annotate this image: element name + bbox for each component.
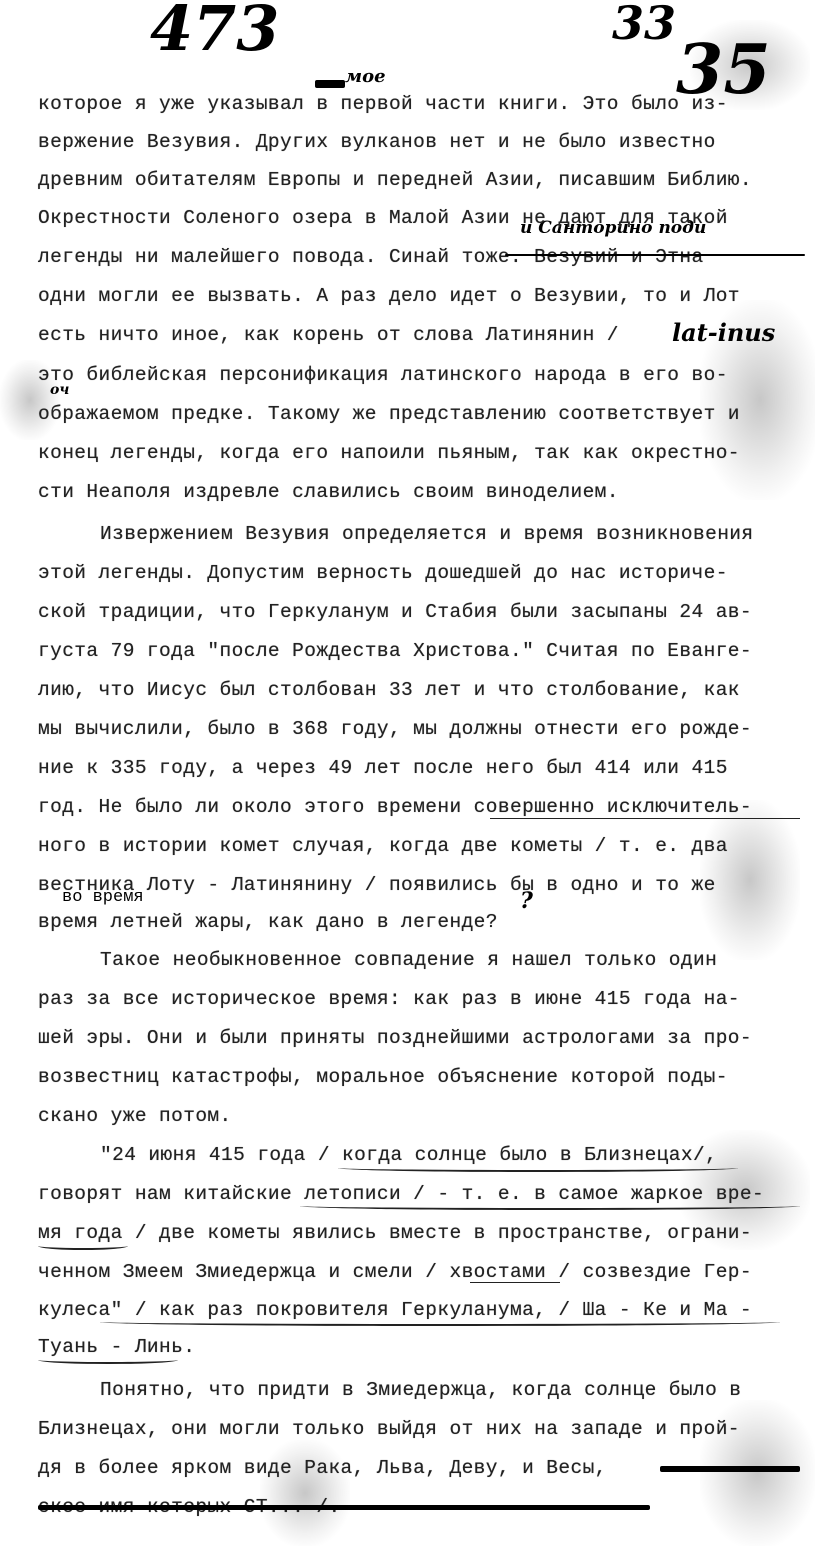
page-number-handwritten: 33	[612, 0, 676, 50]
text-line: мы вычислили, было в 368 году, мы должны…	[38, 717, 798, 741]
page-number-handwritten: 473	[150, 0, 279, 65]
text-line: ображаемом предке. Такому же представлен…	[38, 402, 798, 426]
underline-mark	[338, 1164, 738, 1172]
text-line: Такое необыкновенное совпадение я нашел …	[100, 948, 800, 972]
text-line: одни могли ее вызвать. А раз дело идет о…	[38, 284, 798, 308]
text-line: год. Не было ли около этого времени сове…	[38, 795, 798, 819]
text-line: это библейская персонификация латинского…	[38, 363, 798, 387]
text-line: сти Неаполя издревле славились своим вин…	[38, 480, 798, 504]
strikeout-line	[660, 1466, 800, 1472]
underline-mark	[38, 1242, 128, 1250]
text-line: этой легенды. Допустим верность дошедшей…	[38, 561, 798, 585]
underline-mark	[300, 1202, 800, 1210]
text-line: густа 79 года "после Рождества Христова.…	[38, 639, 798, 663]
text-line: вержение Везувия. Других вулканов нет и …	[38, 130, 798, 154]
text-line: возвестниц катастрофы, моральное объясне…	[38, 1065, 798, 1089]
text-line: вестника Лоту - Латинянину / появились б…	[38, 873, 798, 897]
text-line: время летней жары, как дано в легенде?	[38, 910, 798, 934]
text-line: лию, что Иисус был столбован 33 лет и чт…	[38, 678, 798, 702]
text-line: Близнецах, они могли только выйдя от них…	[38, 1417, 798, 1441]
underline-mark	[38, 1356, 178, 1364]
text-line: ного в истории комет случая, когда две к…	[38, 834, 798, 858]
text-line: ченном Змеем Змиедержца и смели / хвоста…	[38, 1260, 798, 1284]
text-line: ской традиции, что Геркуланум и Стабия б…	[38, 600, 798, 624]
strikeout-line	[38, 1505, 650, 1510]
text-line: конец легенды, когда его напоили пьяным,…	[38, 441, 798, 465]
strikeout-line	[505, 254, 805, 256]
text-line: скано уже потом.	[38, 1104, 798, 1128]
underline-mark	[470, 1282, 560, 1283]
text-line: древним обитателям Европы и передней Ази…	[38, 168, 798, 192]
annotation-moe: мое	[345, 66, 386, 87]
text-line: ние к 335 году, а через 49 лет после нег…	[38, 756, 798, 780]
text-line: мя года / две кометы явились вместе в пр…	[38, 1221, 798, 1245]
text-line: есть ничто иное, как корень от слова Лат…	[38, 323, 798, 347]
text-line: Извержением Везувия определяется и время…	[100, 522, 800, 546]
text-line: легенды ни малейшего повода. Синай тоже.…	[38, 245, 798, 269]
text-line: которое я уже указывал в первой части кн…	[38, 92, 798, 116]
document-page: 473 33 35 мое и Санторино поди lat-inus …	[0, 0, 815, 1546]
text-line: Окрестности Соленого озера в Малой Азии …	[38, 206, 798, 230]
strikeout-mark	[315, 80, 345, 88]
text-line: шей эры. Они и были приняты позднейшими …	[38, 1026, 798, 1050]
underline-mark	[100, 1318, 780, 1326]
underline-mark	[490, 818, 800, 819]
text-line: Понятно, что придти в Змиедержца, когда …	[100, 1378, 800, 1402]
text-line: раз за все историческое время: как раз в…	[38, 987, 798, 1011]
